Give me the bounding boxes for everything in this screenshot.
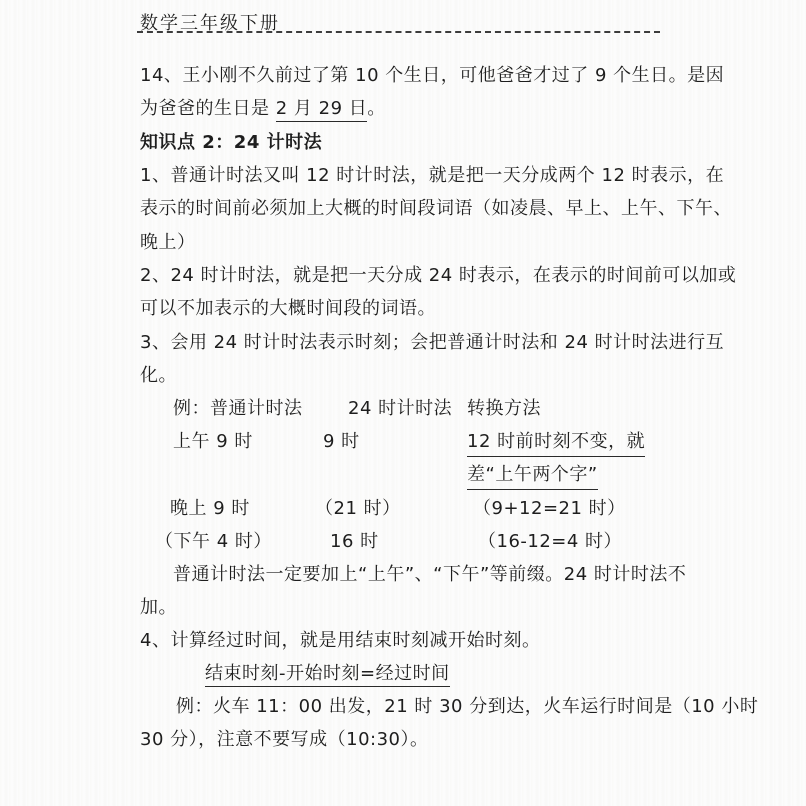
table-header-col2: 24 时计时法 [348, 397, 452, 421]
item14-line2-prefix: 为爸爸的生日是 [140, 98, 276, 119]
knowledge-point-heading: 知识点 2：24 计时法 [140, 131, 322, 155]
table-row1-col3-line1: 12 时前时刻不变，就 [467, 430, 645, 457]
table-row2-col2: （21 时） [315, 497, 401, 521]
point1-line2: 表示的时间前必须加上大概的时间段词语（如凌晨、早上、上午、下午、 [140, 197, 732, 221]
table-row3-col1: （下午 4 时） [155, 530, 272, 554]
table-row1-col2: 9 时 [323, 430, 360, 454]
item14-line1: 14、王小刚不久前过了第 10 个生日，可他爸爸才过了 9 个生日。是因 [140, 64, 724, 88]
point4-example-line2: 30 分），注意不要写成（10:30）。 [140, 728, 429, 752]
table-row3-col3: （16-12=4 时） [478, 530, 622, 554]
table-row2-col1: 晚上 9 时 [170, 497, 250, 521]
point4-example-line1: 例：火车 11：00 出发，21 时 30 分到达，火车运行时间是（10 小时 [176, 695, 758, 719]
point2-line2: 可以不加表示的大概时间段的词语。 [140, 297, 436, 321]
table-row1-col1: 上午 9 时 [173, 430, 253, 454]
point3-line2: 化。 [140, 364, 177, 388]
point4-formula: 结束时刻-开始时刻=经过时间 [205, 662, 450, 686]
point1-line1: 1、普通计时法又叫 12 时计时法，就是把一天分成两个 12 时表示，在 [140, 164, 724, 188]
table-row3-col2: 16 时 [330, 530, 379, 554]
prefix-note-line1: 普通计时法一定要加上“上午”、“下午”等前缀。24 时计时法不 [173, 563, 686, 587]
point4-line1: 4、计算经过时间，就是用结束时刻减开始时刻。 [140, 629, 540, 653]
point1-line3: 晚上） [140, 231, 196, 255]
item14-line2: 为爸爸的生日是 2 月 29 日。 [140, 97, 386, 121]
point3-line1: 3、会用 24 时计时法表示时刻；会把普通计时法和 24 时计时法进行互 [140, 331, 724, 355]
table-header-col1: 例：普通计时法 [173, 397, 303, 421]
item14-answer-underlined: 2 月 29 日 [276, 98, 368, 122]
prefix-note-line2: 加。 [140, 596, 177, 620]
point2-line1: 2、24 时计时法，就是把一天分成 24 时表示，在表示的时间前可以加或 [140, 264, 736, 288]
document-page: 数学三年级下册 14、王小刚不久前过了第 10 个生日，可他爸爸才过了 9 个生… [0, 0, 806, 806]
header-dashed-rule [137, 31, 660, 33]
table-row1-col3-line2: 差“上午两个字” [467, 463, 598, 490]
item14-line2-suffix: 。 [367, 98, 386, 119]
table-header-col3: 转换方法 [467, 397, 541, 421]
table-row2-col3: （9+12=21 时） [473, 497, 626, 521]
elapsed-time-formula-underlined: 结束时刻-开始时刻=经过时间 [205, 663, 450, 687]
